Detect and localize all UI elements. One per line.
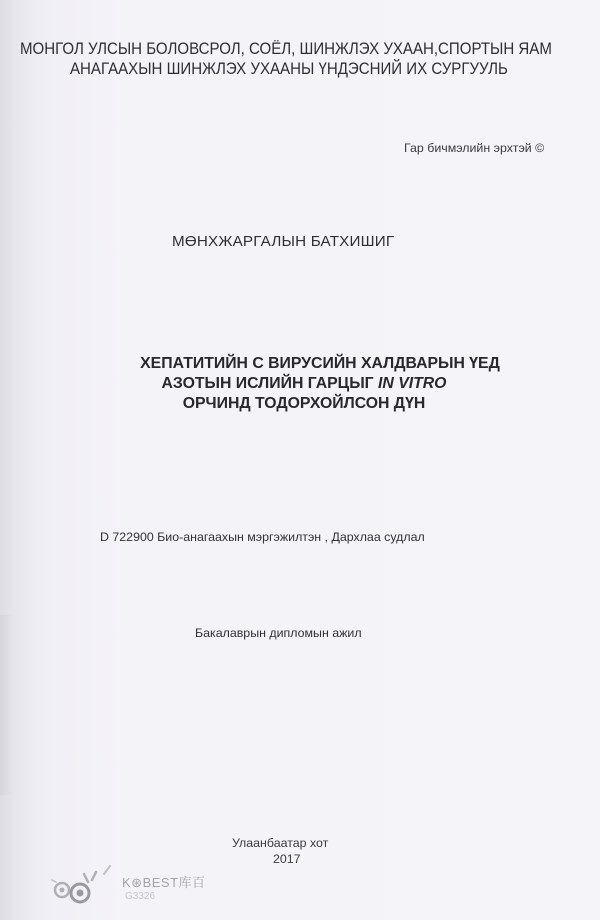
author-name: МӨНХЖАРГАЛЫН БАТХИШИГ <box>172 233 394 250</box>
scan-watermark: K⊛BEST库百 G3326 <box>50 860 220 910</box>
scan-edge-shadow <box>0 615 12 795</box>
copyright-note: Гар бичмэлийн эрхтэй © <box>404 141 544 155</box>
kobest-logo-icon <box>50 860 122 910</box>
thesis-title-line-1: ХЕПАТИТИЙН С ВИРУСИЙН ХАЛДВАРЫН ҮЕД <box>20 355 600 373</box>
watermark-code: G3326 <box>125 891 155 902</box>
thesis-title-line-2-text: АЗОТЫН ИСЛИЙН ГАРЦЫГ <box>162 375 379 392</box>
degree-type: Бакалаврын дипломын ажил <box>195 626 362 640</box>
thesis-title-in-vitro: IN VITRO <box>378 375 446 392</box>
thesis-title-page: МОНГОЛ УЛСЫН БОЛОВСРОЛ, СОЁЛ, ШИНЖЛЭХ УХ… <box>0 0 600 920</box>
year: 2017 <box>273 852 301 866</box>
specialty-code: D 722900 Био-анагаахын мэргэжилтэн , Дар… <box>100 530 425 544</box>
thesis-title-line-2: АЗОТЫН ИСЛИЙН ГАРЦЫГ IN VITRO <box>4 375 600 393</box>
institution-ministry: МОНГОЛ УЛСЫН БОЛОВСРОЛ, СОЁЛ, ШИНЖЛЭХ УХ… <box>20 40 552 59</box>
watermark-brand: K⊛BEST库百 <box>122 872 206 891</box>
city: Улаанбаатар хот <box>232 836 328 850</box>
thesis-title-line-3: ОРЧИНД ТОДОРХОЙЛСОН ДҮН <box>4 395 600 413</box>
institution-university: АНАГААХЫН ШИНЖЛЭХ УХААНЫ ҮНДЭСНИЙ ИХ СУР… <box>70 60 508 79</box>
